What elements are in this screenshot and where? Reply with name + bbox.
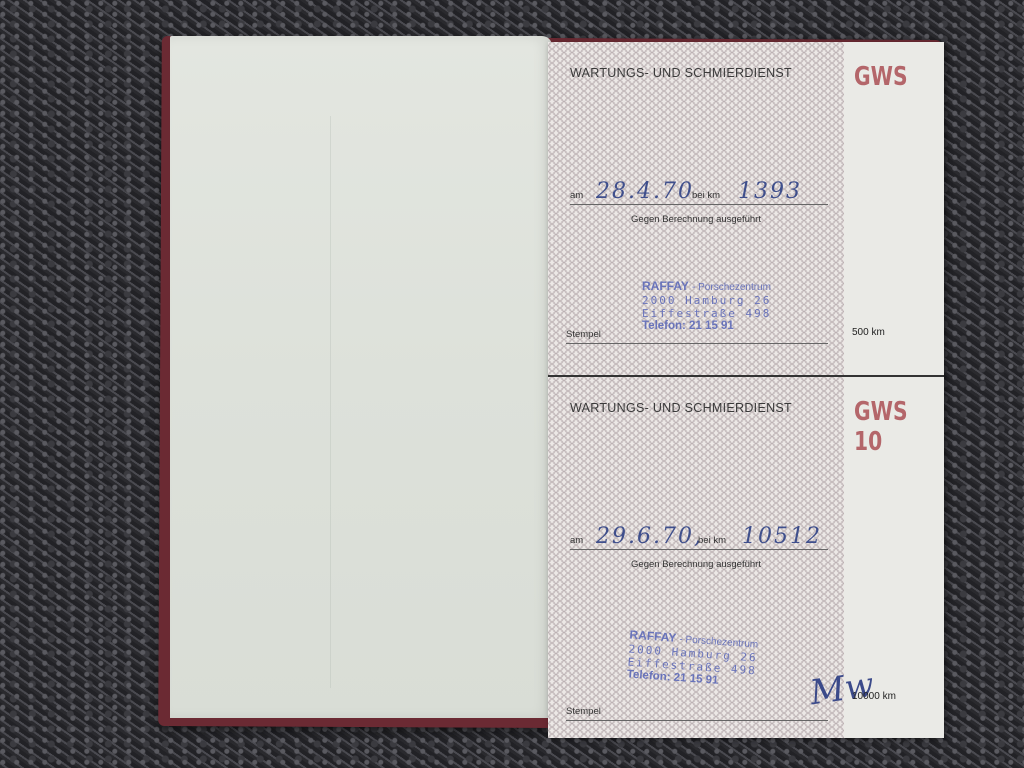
km-label: bei km bbox=[698, 535, 726, 546]
coupon-code-line2: 10 bbox=[854, 427, 908, 457]
date-label: am bbox=[570, 190, 583, 201]
right-page: WARTUNGS- UND SCHMIERDIENST GWS am 28.4.… bbox=[548, 42, 944, 738]
stamp-row: Stempel bbox=[566, 702, 828, 721]
stamp-label: Stempel bbox=[566, 706, 601, 717]
billing-note: Gegen Berechnung ausgeführt bbox=[548, 559, 844, 570]
billing-note: Gegen Berechnung ausgeführt bbox=[548, 214, 844, 225]
stamp-label: Stempel bbox=[566, 329, 601, 340]
dealer-stamp: RAFFAY - Porschezentrum 2000 Hamburg 26 … bbox=[626, 629, 759, 691]
coupon-code: GWS bbox=[854, 62, 908, 92]
handwritten-km: 1393 bbox=[738, 179, 802, 204]
left-page-blank bbox=[170, 36, 552, 718]
coupon-code-line1: GWS bbox=[854, 62, 908, 92]
stamp-dealer-suffix: - Porschezentrum bbox=[692, 282, 771, 293]
service-coupon-gws-10: WARTUNGS- UND SCHMIERDIENST GWS 10 am 29… bbox=[548, 377, 944, 738]
stamp-street: Eiffestraße 498 bbox=[642, 307, 771, 320]
coupon-title: WARTUNGS- UND SCHMIERDIENST bbox=[570, 401, 792, 415]
coupon-title: WARTUNGS- UND SCHMIERDIENST bbox=[570, 66, 792, 80]
stamp-city: 2000 Hamburg 26 bbox=[642, 294, 771, 307]
service-interval: 500 km bbox=[852, 327, 885, 338]
coupon-code-line1: GWS bbox=[854, 397, 908, 427]
faint-ruling-line bbox=[330, 116, 331, 688]
date-km-row: am 28.4.70 bei km 1393 bbox=[570, 180, 828, 205]
handwritten-km: 10512 bbox=[742, 524, 822, 549]
date-label: am bbox=[570, 535, 583, 546]
service-interval: 10000 km bbox=[852, 691, 896, 702]
stamp-dealer-name: RAFFAY bbox=[642, 279, 689, 293]
handwritten-date: 28.4.70 bbox=[596, 179, 694, 204]
service-coupon-gws: WARTUNGS- UND SCHMIERDIENST GWS am 28.4.… bbox=[548, 42, 944, 375]
stamp-row: Stempel bbox=[566, 325, 828, 344]
date-km-row: am 29.6.70, bei km 10512 bbox=[570, 525, 828, 550]
coupon-code: GWS 10 bbox=[854, 397, 908, 457]
handwritten-date: 29.6.70, bbox=[596, 524, 703, 549]
km-label: bei km bbox=[692, 190, 720, 201]
